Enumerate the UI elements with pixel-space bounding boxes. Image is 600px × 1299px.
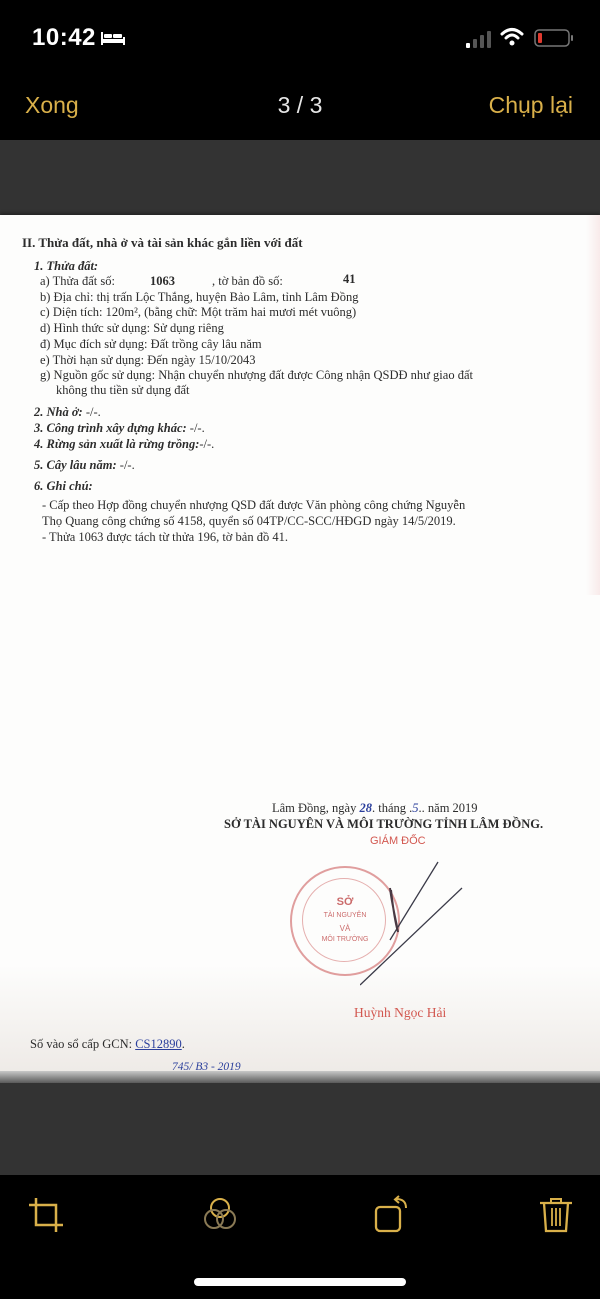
origin-line-2: không thu tiền sử dụng đất — [56, 383, 190, 397]
agency-name: SỞ TÀI NGUYÊN VÀ MÔI TRƯỜNG TỈNH LÂM ĐỒN… — [224, 817, 543, 831]
date-month: 5 — [412, 801, 418, 815]
status-bar: 10:42 — [0, 0, 600, 80]
forest-value: -/-. — [199, 437, 214, 451]
filters-icon[interactable] — [200, 1195, 240, 1235]
map-sheet-label: , tờ bản đồ số: — [212, 274, 283, 288]
usage-purpose-line: đ) Mục đích sử dụng: Đất trồng cây lâu n… — [40, 337, 262, 351]
origin-line: g) Nguồn gốc sử dụng: Nhận chuyển nhượng… — [40, 368, 473, 382]
paper-bottom-edge — [0, 1071, 600, 1083]
usage-term-line: e) Thời hạn sử dụng: Đến ngày 15/10/2043 — [40, 353, 256, 367]
address-line: b) Địa chỉ: thị trấn Lộc Thắng, huyện Bả… — [40, 290, 358, 304]
trash-icon[interactable] — [536, 1195, 576, 1235]
land-parcel-label: a) Thửa đất số: — [40, 274, 115, 288]
signer-name: Huỳnh Ngọc Hải — [354, 1006, 446, 1020]
other-works-value: -/-. — [187, 421, 205, 435]
paper-edge-tint — [586, 215, 600, 595]
other-works-label: 3. Công trình xây dựng khác: — [34, 421, 187, 435]
date-day: 28 — [359, 801, 372, 815]
note-1b: Thọ Quang công chứng số 4158, quyển số 0… — [42, 514, 456, 528]
registry-line: Số vào sổ cấp GCN: CS12890. — [30, 1037, 185, 1051]
usage-form-line: d) Hình thức sử dụng: Sử dụng riêng — [40, 321, 224, 335]
crop-icon[interactable] — [26, 1195, 66, 1235]
registry-handwritten: 745/ B3 - 2019 — [172, 1060, 241, 1074]
perennial-value: -/-. — [117, 458, 135, 472]
nav-bar: Xong 3 / 3 Chụp lại — [0, 80, 600, 140]
perennial-label: 5. Cây lâu năm: — [34, 458, 117, 472]
section-title: II. Thửa đất, nhà ở và tài sản khác gắn … — [22, 236, 303, 250]
map-sheet-number: 41 — [343, 272, 356, 286]
house-value: -/-. — [83, 405, 101, 419]
note-1a: - Cấp theo Hợp đồng chuyển nhượng QSD đấ… — [42, 498, 465, 512]
bed-icon — [100, 30, 126, 46]
forest-label: 4. Rừng sản xuất là rừng trồng: — [34, 437, 199, 451]
notes-heading: 6. Ghi chú: — [34, 479, 93, 493]
clock: 10:42 — [32, 24, 96, 52]
home-indicator[interactable] — [194, 1278, 406, 1286]
battery-low-icon — [534, 29, 574, 47]
paper-shadow — [0, 965, 600, 1075]
cellular-signal-icon — [466, 30, 492, 48]
area-line: c) Diện tích: 120m², (bằng chữ: Một trăm… — [40, 305, 356, 319]
registry-number: CS12890 — [135, 1037, 182, 1051]
signature — [360, 860, 470, 990]
wifi-icon — [500, 27, 524, 47]
house-label: 2. Nhà ở: — [34, 405, 83, 419]
rotate-icon[interactable] — [372, 1195, 412, 1235]
land-heading: 1. Thửa đất: — [34, 259, 98, 273]
land-parcel-number: 1063 — [150, 274, 175, 288]
retake-button[interactable]: Chụp lại — [489, 92, 573, 119]
issue-date: Lâm Đồng, ngày 28. tháng .5.. năm 2019 — [272, 801, 478, 815]
note-2: - Thửa 1063 được tách từ thửa 196, tờ bả… — [42, 530, 288, 544]
director-title: GIÁM ĐỐC — [370, 834, 426, 848]
